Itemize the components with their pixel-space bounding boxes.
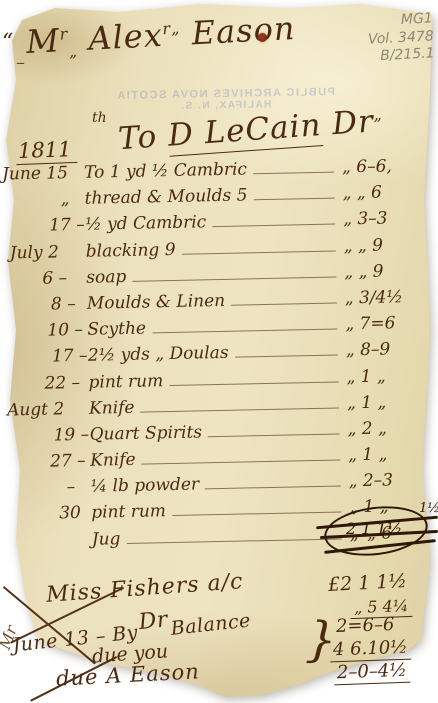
entry-date: 8 – [5,294,87,316]
entry-amount: „ 3–3 [343,208,431,230]
first-name-superscript: r„ [162,18,181,38]
entry-item: soap [86,267,126,288]
entry-date: – [9,477,91,499]
entry-date: 19 – [7,425,89,447]
entry-date: 22 – [6,372,88,394]
entry-amount: „ 3/4½ [345,286,433,308]
entry-item: ¼ lb powder [90,475,199,497]
archive-reference-note: MG1 Vol. 3478 B/215.1 [367,10,435,66]
due-you-amount: 4 6.10½ [330,637,411,663]
dash-rule [169,381,338,386]
dash-rule [132,276,336,281]
balance-dr-flourish: Dr [138,607,170,635]
month-superscript: th [92,110,107,126]
dash-rule [253,172,334,175]
entry-amount: „ „ 9 [344,234,432,256]
dash-rule [172,512,341,517]
dash-rule [182,250,336,254]
dash-rule [205,486,341,490]
entry-item: Knife [90,450,136,471]
entry-date: 10 – [5,320,87,342]
entry-date: 6 – [4,268,86,290]
dash-rule [235,355,338,358]
ledger-entries: June 15To 1 yd ½ Cambric„ 6–6, „thread &… [2,156,438,558]
entry-item: Quart Spirits [89,422,202,444]
scratched-out-total: 2 1 1½ 1½ [322,505,434,561]
entry-date: 27 – [8,451,90,473]
entry-item: Knife [89,397,135,418]
debit-abbreviation: Dr [331,103,375,142]
scratched-fraction: 1½ [419,501,438,516]
entry-date: „ [2,189,84,211]
entry-amount: „ „ 6 [342,182,430,204]
salutation-superscript: r [59,24,69,43]
entry-date: 30 [9,503,91,525]
fishers-account-amount: £2 1 1½ [327,570,407,596]
entry-amount: „ 1 „ [348,444,436,466]
entry-amount: „ 7=6 [345,313,433,335]
entry-amount: „ 1 „ [347,391,435,413]
entry-date: 17 – [6,346,88,368]
dash-rule [208,433,340,437]
salutation-ditto: „ [69,42,79,60]
surname: Eason [180,9,297,53]
entry-item: Moulds & Linen [87,291,226,314]
dash-rule [142,460,341,465]
entry-date: June 15 [2,163,84,185]
dash-rule [212,224,335,228]
first-name: Alex [87,16,163,58]
to-label: To [117,118,169,157]
entry-item: pint rum [91,502,166,524]
dash-rule [141,407,340,412]
debit-ditto: „ [373,104,384,124]
ink-blot [258,33,267,42]
year-label: 1811 [16,137,78,165]
entry-item: pint rum [88,371,163,393]
entry-item: 2½ yds „ Doulas [88,343,229,366]
balance-amount: 2=6–6 [336,614,395,637]
entry-amount: „ 8–9 [346,339,434,361]
entry-amount: „ 2–3 [348,470,436,492]
entry-amount: „ „ 9 [344,260,432,282]
salutation: M [25,21,61,61]
dash-rule [152,329,337,334]
entry-item: Scythe [87,319,146,340]
entry-item: ½ yd Cambric [85,213,206,236]
entry-date [10,544,92,546]
entry-amount: „ 1 „ [346,365,434,387]
corner-dash-mark: – [16,52,25,73]
entry-amount: „ 2 „ [347,417,435,439]
entry-item: blacking 9 [86,239,176,261]
dash-rule [231,302,337,305]
due-eason-amount: 2–0–4½ [334,660,411,686]
entry-amount: „ 6–6, [342,156,430,178]
dash-rule [127,538,342,544]
archive-ref-line-3: B/215.1 [369,45,436,66]
scratched-amount: 2 1 1½ [346,519,402,538]
entry-item: Jug [92,529,121,550]
dash-rule [254,198,335,201]
entry-item: To 1 yd ½ Cambric [84,159,247,182]
entry-date: 17 – [3,215,85,237]
entry-date: July 2 [4,241,86,263]
corner-quote-mark: “ [2,30,13,55]
entry-item: thread & Moulds 5 [84,186,247,209]
entry-date: Augt 2 [7,398,89,420]
